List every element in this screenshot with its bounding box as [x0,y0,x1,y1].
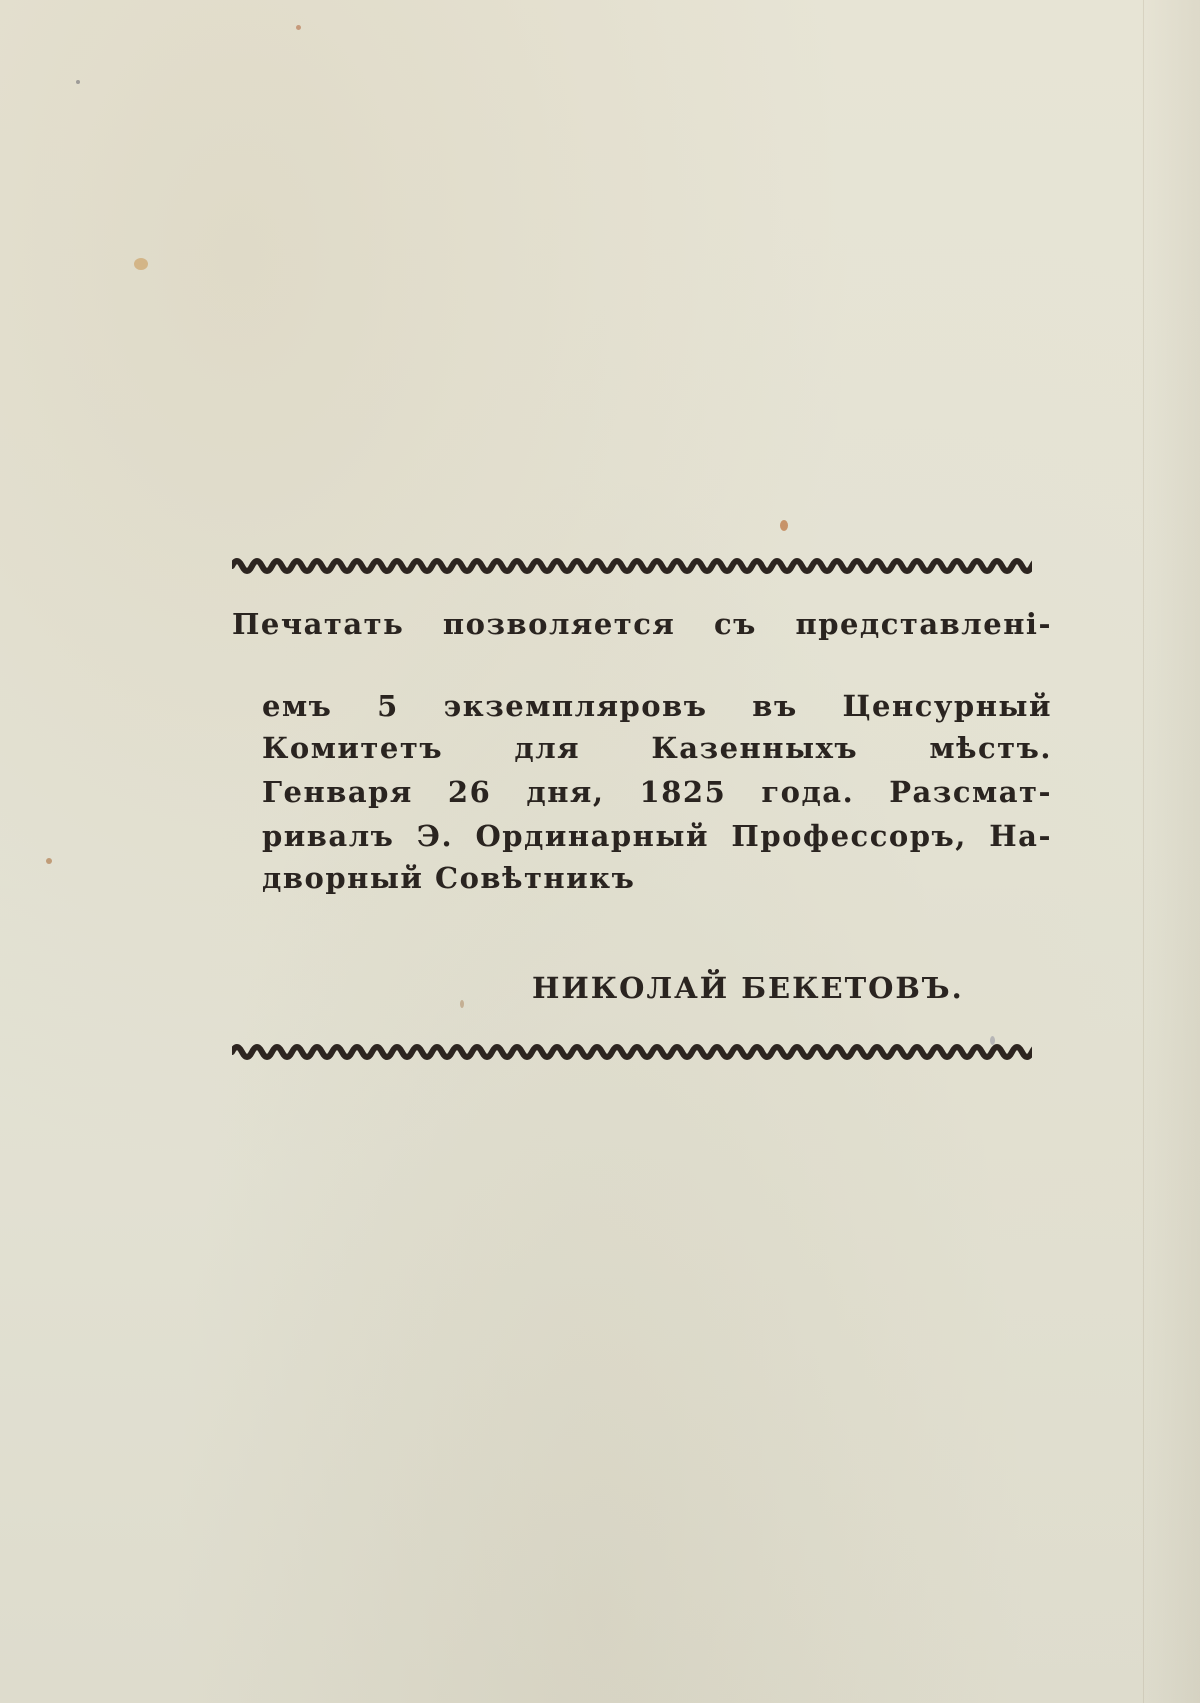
document-page: Печатать позволяется съ представлені- ем… [0,0,1200,1703]
paper-stain [460,1000,464,1008]
paper-stain [76,80,80,84]
paper-stain [296,25,301,30]
paper-stain [46,858,52,864]
wavy-rule-icon [232,557,1032,575]
paper-stain [134,258,148,270]
page-edge-shadow [1140,0,1200,1703]
page-fold-line [1143,0,1144,1703]
text-line-6: дворный Совѣтникъ [262,858,1052,898]
text-line-5: ривалъ Э. Ординарный Профессоръ, На- [262,816,1052,856]
top-ornament-rule [232,557,1032,575]
text-line-2: емъ 5 экземпляровъ въ Ценсурный [262,686,1052,726]
signature-name: НИКОЛАЙ БЕКЕТОВЪ. [532,968,964,1008]
text-line-4: Генваря 26 дня, 1825 года. Разсмат- [262,772,1052,812]
paper-stain [780,520,788,531]
wavy-rule-icon [232,1043,1032,1061]
text-line-3: Комитетъ для Казенныхъ мѣстъ. [262,728,1052,768]
bottom-ornament-rule [232,1043,1032,1061]
text-line-1: Печатать позволяется съ представлені- [232,604,1052,644]
